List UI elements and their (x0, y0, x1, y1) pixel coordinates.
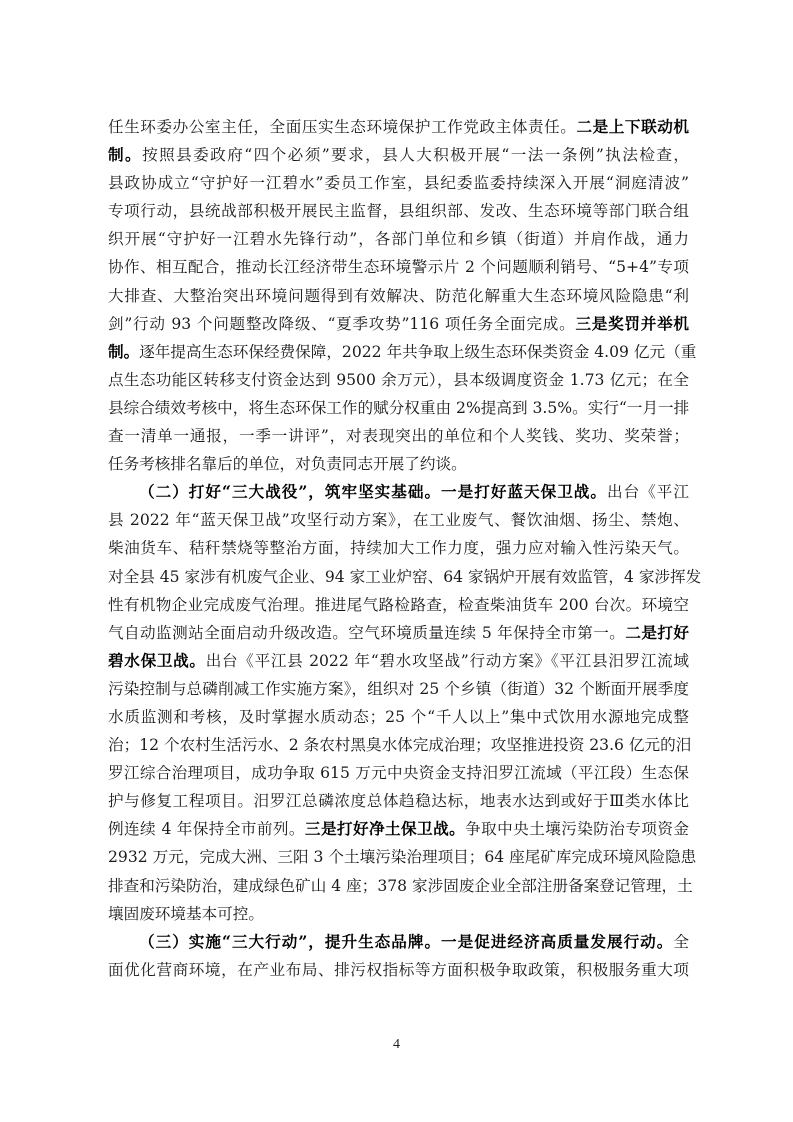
paragraph-text: 县综合绩效考核中，将生态环保工作的赋分权重由 2%提高到 3.5%。实行“一月一… (108, 399, 689, 417)
text-line: 治；12 个农村生活污水、2 条农村黑臭水体完成治理；攻坚推进投资 23.6 亿… (108, 731, 689, 759)
paragraph-text: 例连续 4 年保持全市前列。 (108, 820, 305, 838)
text-line: 协作、相互配合，推动长江经济带生态环境警示片 2 个问题顺利销号、“5+4”专项 (108, 253, 689, 281)
paragraph-text: 县政协成立“守护好一江碧水”委员工作室，县纪委监委持续深入开展“洞庭清波” (108, 174, 689, 192)
paragraph-text: 县 2022 年“蓝天保卫战”攻坚行动方案》，在工业废气、餐饮油烟、扬尘、禁炮、 (108, 511, 689, 529)
paragraph-text: 气自动监测站全面启动升级改造。空气环境质量连续 5 年保持全市第一。 (108, 624, 625, 642)
paragraph-text: 对全县 45 家涉有机废气企业、94 家工业炉窑、64 家锅炉开展有效监管，4 … (108, 568, 701, 586)
text-line: 剑”行动 93 个问题整改降级、“夏季攻势”116 项任务全面完成。三是奖罚并举… (108, 310, 689, 338)
paragraph-text: 出台《平江 (607, 483, 689, 501)
paragraph-text: 逐年提高生态环保经费保障，2022 年共争取上级生态环保类资金 4.09 亿元（… (139, 343, 696, 361)
paragraph-text: 任生环委办公室主任，全面压实生态环境保护工作党政主体责任。 (108, 118, 576, 136)
paragraph-text: 性有机物企业完成废气治理。推进尾气路检路查，检查柴油货车 200 台次。环境空 (108, 596, 689, 614)
paragraph-text: 协作、相互配合，推动长江经济带生态环境警示片 2 个问题顺利销号、“5+4”专项 (108, 258, 689, 276)
paragraph-text: 面优化营商环境，在产业布局、排污权指标等方面积极争取政策，积极服务重大项 (108, 961, 689, 979)
text-line: 碧水保卫战。出台《平江县 2022 年“碧水攻坚战”行动方案》《平江县汨罗江流域 (108, 647, 689, 675)
text-line: 气自动监测站全面启动升级改造。空气环境质量连续 5 年保持全市第一。二是打好 (108, 619, 689, 647)
paragraph-text: 剑”行动 93 个问题整改降级、“夏季攻势”116 项任务全面完成。 (108, 315, 575, 333)
paragraph-text: 污染控制与总磷削减工作实施方案》，组织对 25 个乡镇（街道）32 个断面开展季… (108, 680, 689, 698)
bold-heading-text: 三是奖罚并举机 (575, 314, 689, 333)
text-line: 县 2022 年“蓝天保卫战”攻坚行动方案》，在工业废气、餐饮油烟、扬尘、禁炮、 (108, 506, 689, 534)
text-line: 护与修复工程项目。汨罗江总磷浓度总体趋稳达标，地表水达到或好于Ⅲ类水体比 (108, 787, 689, 815)
paragraph-text: 争取中央土壤污染防治专项资金 (465, 820, 689, 838)
bold-heading-text: （二）打好“三大战役”，筑牢坚实基础。一是打好蓝天保卫战。 (139, 482, 607, 501)
text-line: 性有机物企业完成废气治理。推进尾气路检路查，检查柴油货车 200 台次。环境空 (108, 591, 689, 619)
paragraph-text: 护与修复工程项目。汨罗江总磷浓度总体趋稳达标，地表水达到或好于Ⅲ类水体比 (108, 792, 689, 810)
bold-heading-text: 制。 (108, 145, 142, 164)
text-line: 2932 万元，完成大洲、三阳 3 个土壤污染治理项目；64 座尾矿库完成环境风… (108, 843, 689, 871)
text-line: （二）打好“三大战役”，筑牢坚实基础。一是打好蓝天保卫战。出台《平江 (108, 478, 689, 506)
text-line: 专项行动，县统战部积极开展民主监督，县组织部、发改、生态环境等部门联合组 (108, 197, 689, 225)
text-line: 任生环委办公室主任，全面压实生态环境保护工作党政主体责任。二是上下联动机 (108, 113, 689, 141)
paragraph-text: 按照县委政府“四个必须”要求，县人大积极开展“一法一条例”执法检查， (142, 146, 689, 164)
paragraph-text: 罗江综合治理项目，成功争取 615 万元中央资金支持汨罗江流域（平江段）生态保 (108, 764, 689, 782)
text-line: 县综合绩效考核中，将生态环保工作的赋分权重由 2%提高到 3.5%。实行“一月一… (108, 394, 689, 422)
text-line: 对全县 45 家涉有机废气企业、94 家工业炉窑、64 家锅炉开展有效监管，4 … (108, 563, 689, 591)
text-line: 任务考核排名靠后的单位，对负责同志开展了约谈。 (108, 450, 689, 478)
text-line: 污染控制与总磷削减工作实施方案》，组织对 25 个乡镇（街道）32 个断面开展季… (108, 675, 689, 703)
paragraph-text: 2932 万元，完成大洲、三阳 3 个土壤污染治理项目；64 座尾矿库完成环境风… (108, 848, 696, 866)
paragraph-text: 任务考核排名靠后的单位，对负责同志开展了约谈。 (108, 455, 467, 473)
document-body: 任生环委办公室主任，全面压实生态环境保护工作党政主体责任。二是上下联动机制。按照… (108, 113, 689, 984)
paragraph-text: 全 (673, 933, 689, 951)
paragraph-text: 查一清单一通报，一季一讲评”，对表现突出的单位和个人奖钱、奖功、奖荣誉； (108, 427, 689, 445)
text-line: 制。按照县委政府“四个必须”要求，县人大积极开展“一法一条例”执法检查， (108, 141, 689, 169)
paragraph-text: 专项行动，县统战部积极开展民主监督，县组织部、发改、生态环境等部门联合组 (108, 202, 689, 220)
text-line: 大排查、大整治突出环境问题得到有效解决、防范化解重大生态环境风险隐患“利 (108, 282, 689, 310)
bold-heading-text: 二是打好 (625, 623, 689, 642)
text-line: 县政协成立“守护好一江碧水”委员工作室，县纪委监委持续深入开展“洞庭清波” (108, 169, 689, 197)
bold-heading-text: 三是打好净土保卫战。 (305, 819, 465, 838)
paragraph-text: 出台《平江县 2022 年“碧水攻坚战”行动方案》《平江县汨罗江流域 (206, 652, 689, 670)
bold-heading-text: （三）实施“三大行动”，提升生态品牌。一是促进经济高质量发展行动。 (139, 932, 673, 951)
bold-heading-text: 二是上下联动机 (576, 117, 689, 136)
text-line: 查一清单一通报，一季一讲评”，对表现突出的单位和个人奖钱、奖功、奖荣誉； (108, 422, 689, 450)
paragraph-text: 排查和污染防治，建成绿色矿山 4 座；378 家涉固废企业全部注册备案登记管理，… (108, 877, 693, 895)
bold-heading-text: 制。 (108, 342, 139, 361)
paragraph-text: 织开展“守护好一江碧水先锋行动”，各部门单位和乡镇（街道）并肩作战，通力 (108, 230, 689, 248)
paragraph-text: 大排查、大整治突出环境问题得到有效解决、防范化解重大生态环境风险隐患“利 (108, 287, 689, 305)
paragraph-text: 点生态功能区转移支付资金达到 9500 余万元），县本级调度资金 1.73 亿元… (108, 371, 689, 389)
text-line: 例连续 4 年保持全市前列。三是打好净土保卫战。争取中央土壤污染防治专项资金 (108, 815, 689, 843)
page-number: 4 (0, 1037, 793, 1053)
bold-heading-text: 碧水保卫战。 (108, 651, 206, 670)
text-line: 水质监测和考核，及时掌握水质动态；25 个“千人以上”集中式饮用水源地完成整 (108, 703, 689, 731)
paragraph-text: 壤固废环境基本可控。 (108, 905, 264, 923)
text-line: 点生态功能区转移支付资金达到 9500 余万元），县本级调度资金 1.73 亿元… (108, 366, 689, 394)
document-page: 任生环委办公室主任，全面压实生态环境保护工作党政主体责任。二是上下联动机制。按照… (0, 0, 793, 1122)
text-line: 排查和污染防治，建成绿色矿山 4 座；378 家涉固废企业全部注册备案登记管理，… (108, 872, 689, 900)
paragraph-text: 治；12 个农村生活污水、2 条农村黑臭水体完成治理；攻坚推进投资 23.6 亿… (108, 736, 691, 754)
text-line: （三）实施“三大行动”，提升生态品牌。一是促进经济高质量发展行动。全 (108, 928, 689, 956)
text-line: 制。逐年提高生态环保经费保障，2022 年共争取上级生态环保类资金 4.09 亿… (108, 338, 689, 366)
paragraph-text: 柴油货车、秸秆禁烧等整治方面，持续加大工作力度，强力应对输入性污染天气。 (108, 539, 689, 557)
text-line: 罗江综合治理项目，成功争取 615 万元中央资金支持汨罗江流域（平江段）生态保 (108, 759, 689, 787)
text-line: 柴油货车、秸秆禁烧等整治方面，持续加大工作力度，强力应对输入性污染天气。 (108, 534, 689, 562)
text-line: 壤固废环境基本可控。 (108, 900, 689, 928)
text-line: 面优化营商环境，在产业布局、排污权指标等方面积极争取政策，积极服务重大项 (108, 956, 689, 984)
paragraph-text: 水质监测和考核，及时掌握水质动态；25 个“千人以上”集中式饮用水源地完成整 (108, 708, 689, 726)
text-line: 织开展“守护好一江碧水先锋行动”，各部门单位和乡镇（街道）并肩作战，通力 (108, 225, 689, 253)
